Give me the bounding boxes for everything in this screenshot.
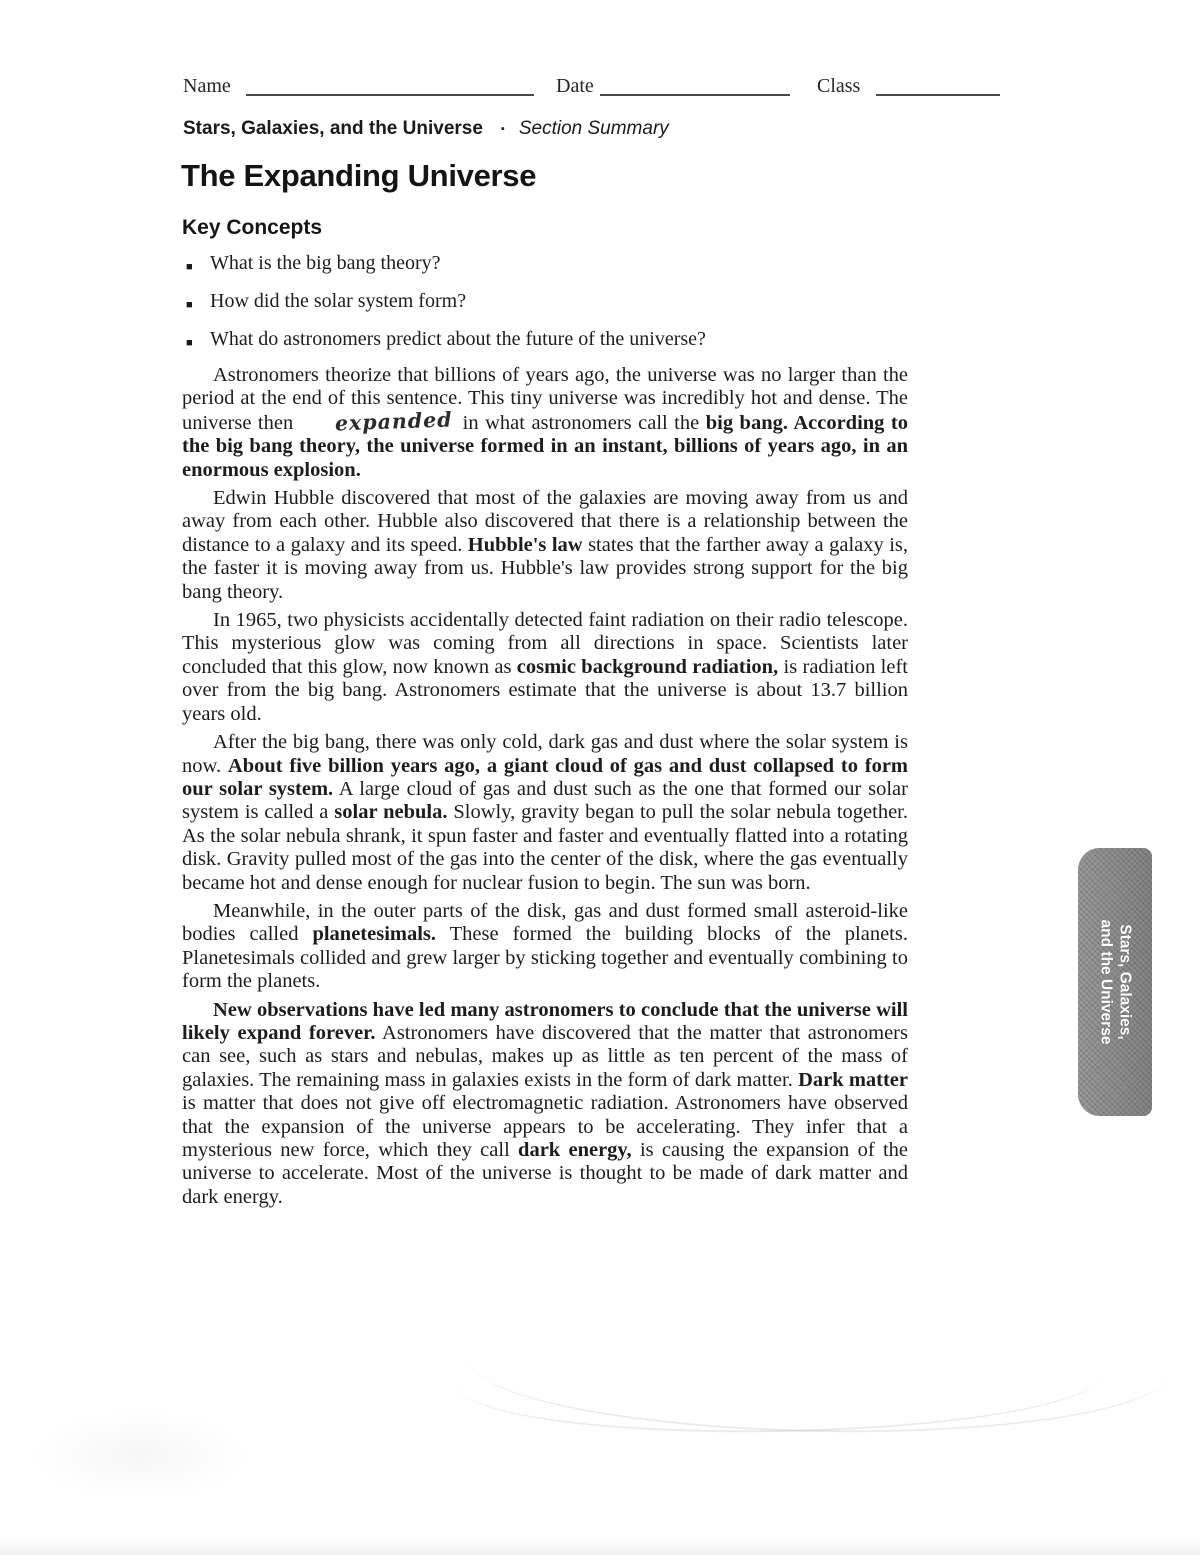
book-title: Stars, Galaxies, and the Universe — [183, 118, 483, 140]
paragraph: Astronomers theorize that billions of ye… — [182, 364, 908, 482]
scan-edge-shadow — [0, 1537, 1200, 1555]
paragraph: In 1965, two physicists accidentally det… — [182, 609, 908, 726]
scan-smudge — [469, 1294, 1171, 1438]
scan-smudge — [30, 1410, 250, 1500]
worksheet-page: Name Date Class Stars, Galaxies, and the… — [0, 0, 1200, 1555]
paragraph: Edwin Hubble discovered that most of the… — [182, 487, 908, 604]
curriculum-side-tab-label: Stars, Galaxies, and the Universe — [1096, 848, 1133, 1116]
paragraph: New observations have led many astronome… — [182, 999, 908, 1210]
date-label: Date — [556, 75, 594, 98]
side-tab-line: and the Universe — [1096, 848, 1115, 1116]
handwritten-annotation: expanded — [299, 408, 456, 437]
page-title: The Expanding Universe — [181, 158, 536, 194]
paragraph: After the big bang, there was only cold,… — [182, 731, 908, 895]
curriculum-side-tab: Stars, Galaxies, and the Universe — [1078, 848, 1152, 1116]
paragraph: Meanwhile, in the outer parts of the dis… — [182, 900, 908, 994]
square-bullet-icon: ▪ — [501, 123, 505, 135]
name-label: Name — [183, 75, 231, 98]
section-type-label: Section Summary — [519, 118, 669, 140]
body-paragraphs: Astronomers theorize that billions of ye… — [182, 364, 908, 1209]
section-bar: Stars, Galaxies, and the Universe ▪ Sect… — [183, 118, 669, 140]
name-blank-line — [246, 74, 534, 96]
scan-smudge — [459, 1324, 1101, 1437]
class-label: Class — [817, 75, 860, 98]
key-concepts-list: What is the big bang theory? How did the… — [186, 252, 926, 366]
side-tab-line: Stars, Galaxies, — [1115, 848, 1134, 1116]
key-concepts-heading: Key Concepts — [182, 216, 322, 240]
key-concept-item: How did the solar system form? — [186, 290, 926, 313]
date-blank-line — [600, 74, 790, 96]
class-blank-line — [876, 74, 1000, 96]
key-concept-item: What is the big bang theory? — [186, 252, 926, 275]
key-concept-item: What do astronomers predict about the fu… — [186, 328, 926, 351]
